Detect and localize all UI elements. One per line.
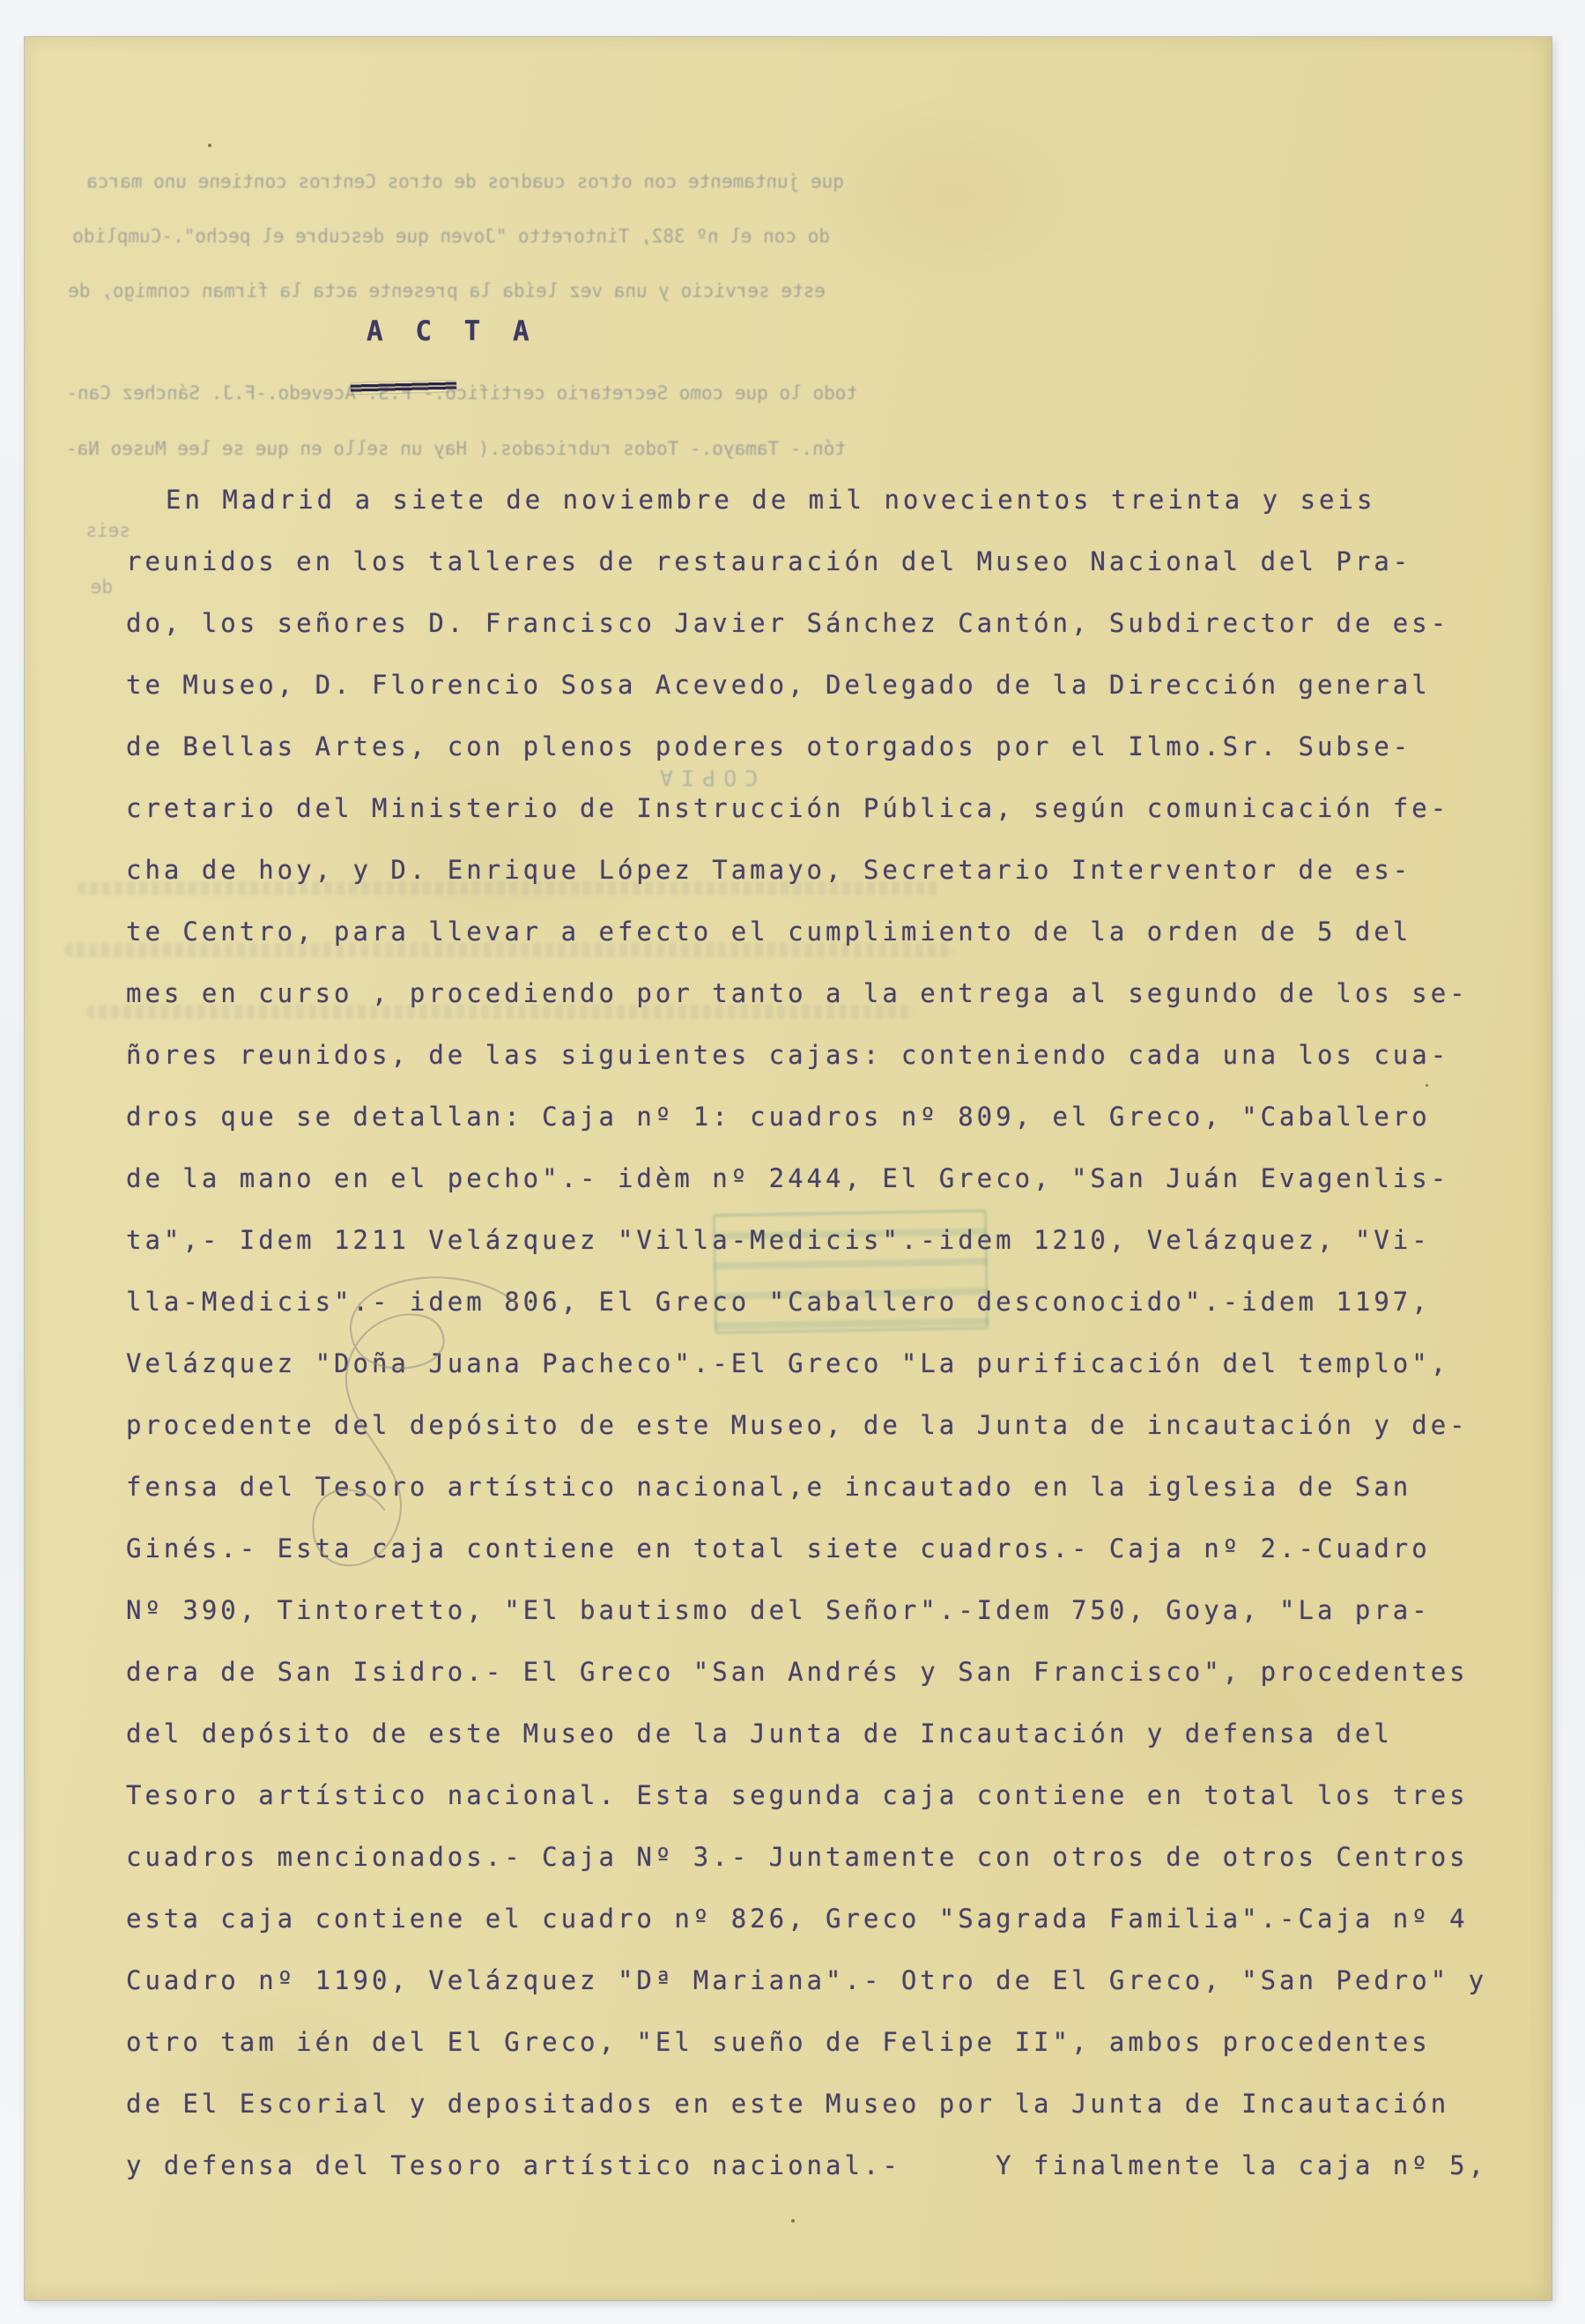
typed-line: y defensa del Tesoro artístico nacional.… [126, 2146, 1536, 2208]
typed-line: do, los señores D. Francisco Javier Sánc… [126, 604, 1536, 665]
bleedthrough-line: este servicio y una vez leída la present… [46, 280, 826, 301]
typed-line: de El Escorial y depositados en este Mus… [126, 2084, 1536, 2146]
typed-line: dera de San Isidro.- El Greco "San André… [126, 1652, 1536, 1714]
bleedthrough-line: que juntamente con otros cuadros de otro… [86, 171, 844, 192]
bleedthrough-fragment: de [73, 576, 113, 598]
paper-speck [411, 1795, 413, 1798]
document-paper: que juntamente con otros cuadros de otro… [25, 37, 1552, 2300]
typed-line: cha de hoy, y D. Enrique López Tamayo, S… [126, 850, 1536, 912]
paper-speck [791, 2219, 795, 2223]
typed-line: cretario del Ministerio de Instrucción P… [126, 789, 1536, 850]
typed-line: Cuadro nº 1190, Velázquez "Dª Mariana".-… [126, 1961, 1536, 2023]
scan-background: { "document": { "title": "A C T A", "bod… [0, 0, 1585, 2324]
page-title: A C T A [367, 316, 537, 347]
bleedthrough-line: todo lo que como Secretario certifico.- … [60, 382, 857, 404]
typed-line: te Centro, para llevar a efecto el cumpl… [126, 912, 1536, 974]
typed-line: dros que se detallan: Caja nº 1: cuadros… [126, 1097, 1536, 1159]
bleedthrough-fragment: seis [60, 520, 130, 541]
typed-line: cuadros mencionados.- Caja Nº 3.- Juntam… [126, 1838, 1536, 1899]
typed-line: de Bellas Artes, con plenos poderes otor… [126, 727, 1536, 789]
typed-line: En Madrid a siete de noviembre de mil no… [126, 480, 1536, 542]
pencil-scribble [252, 1259, 543, 1602]
typed-line: del depósito de este Museo de la Junta d… [126, 1714, 1536, 1776]
typed-line: mes en curso , procediendo por tanto a l… [126, 974, 1536, 1036]
paper-speck [1426, 1084, 1428, 1087]
typed-line: te Museo, D. Florencio Sosa Acevedo, Del… [126, 665, 1536, 727]
typed-line: otro tam ién del El Greco, "El sueño de … [126, 2023, 1536, 2084]
typed-line: Tesoro artístico nacional. Esta segunda … [126, 1776, 1536, 1838]
typed-line: esta caja contiene el cuadro nº 826, Gre… [126, 1899, 1536, 1961]
paper-speck [208, 144, 211, 147]
bleedthrough-line: tón.- Tamayo.- Todos rubricados.( Hay un… [62, 438, 846, 459]
typed-line: reunidos en los talleres de restauración… [126, 542, 1536, 604]
typed-line: ñores reunidos, de las siguientes cajas:… [126, 1036, 1536, 1097]
typed-line: de la mano en el pecho".- idèm nº 2444, … [126, 1159, 1536, 1221]
bleedthrough-line: do con el nº 382, Tintoretto "Joven que … [55, 226, 830, 247]
